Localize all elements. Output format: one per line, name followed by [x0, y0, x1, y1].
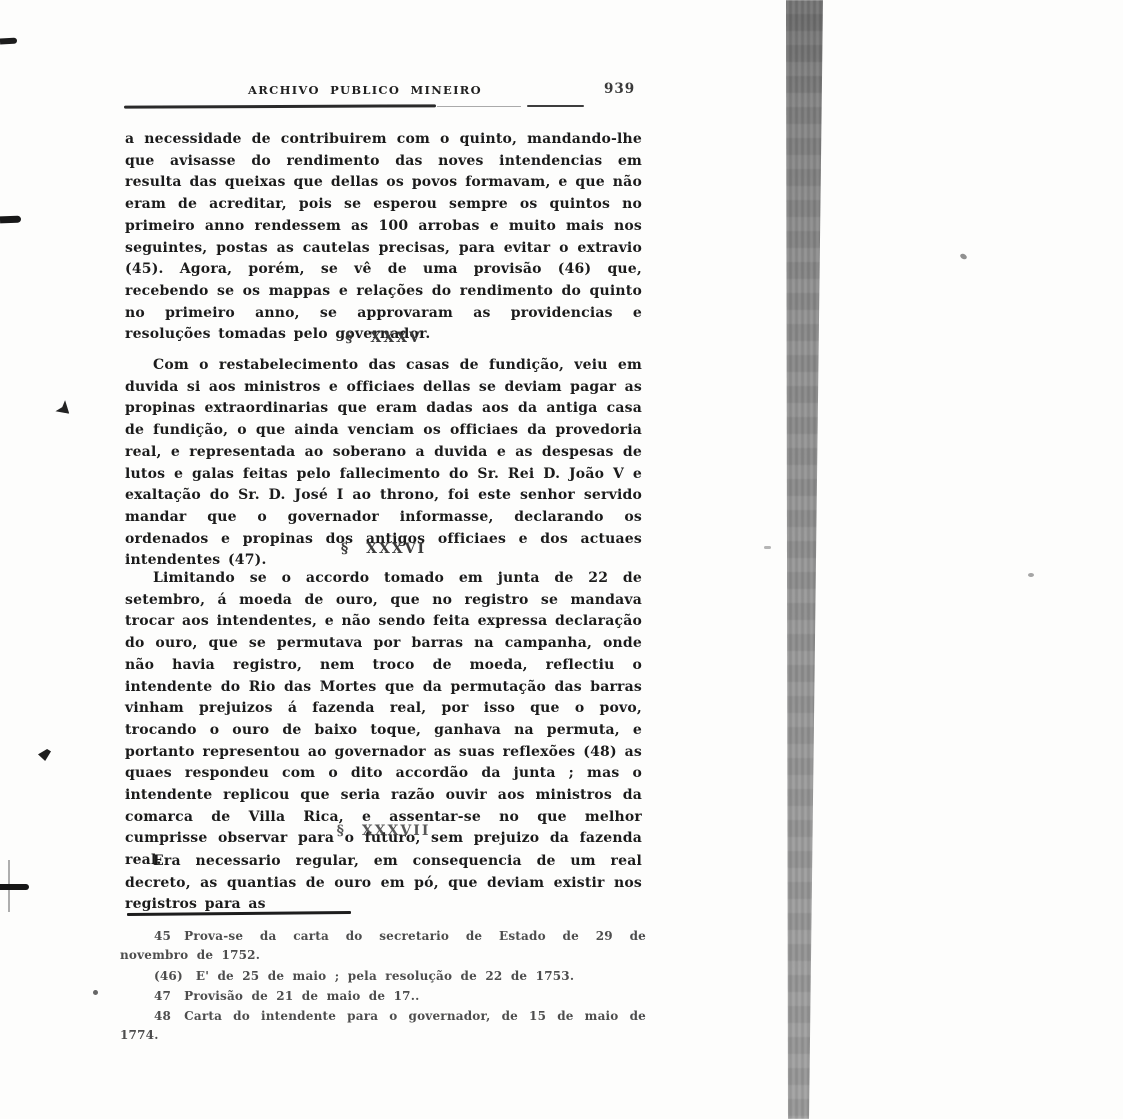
- running-header-title: ARCHIVO PUBLICO MINEIRO: [105, 83, 625, 97]
- footnote-46-text: E' de 25 de maio ; pela resolução de 22 …: [196, 969, 574, 983]
- footnote-48-marker: 48: [154, 1009, 171, 1023]
- header-rule-segment-right: [527, 105, 584, 107]
- body-paragraph-xxxv: Com o restabelecimento das casas de fund…: [125, 355, 642, 572]
- scanned-book-page: ARCHIVO PUBLICO MINEIRO 939 a necessidad…: [0, 0, 1123, 1119]
- footnote-46: (46)E' de 25 de maio ; pela resolução de…: [120, 967, 646, 986]
- footnote-45: 45Prova-se da carta do secretario de Est…: [120, 927, 646, 966]
- section-heading-xxxvii: § XXXVII: [125, 823, 642, 839]
- footnote-45-marker: 45: [154, 929, 171, 943]
- footnote-47: 47Provisão de 21 de maio de 17..: [120, 987, 646, 1006]
- ink-mark-left-top: [0, 38, 17, 45]
- body-paragraph-opening: a necessidade de contribuirem com o quin…: [125, 129, 642, 346]
- scan-speck-right-middle: [1028, 573, 1034, 577]
- footnotes-block: 45Prova-se da carta do secretario de Est…: [120, 927, 646, 1047]
- header-rule-segment-left: [124, 104, 436, 108]
- section-heading-xxxv: § XXXV: [125, 330, 642, 346]
- section-heading-xxxvi: § XXXVI: [125, 541, 642, 557]
- footnote-47-marker: 47: [154, 989, 171, 1003]
- header-rule-segment-faint: [437, 106, 521, 107]
- footnote-48: 48Carta do intendente para o governador,…: [120, 1007, 646, 1046]
- footnote-46-marker: (46): [154, 969, 183, 983]
- ink-cross-horizontal-dash: [0, 884, 29, 890]
- footnote-45-text: Prova-se da carta do secretario de Estad…: [120, 929, 646, 962]
- ink-blob-margin-lower: [38, 749, 51, 761]
- scan-speck-footnote-area: [93, 990, 98, 995]
- body-paragraph-xxxvii: Era necessario regular, em consequencia …: [125, 851, 642, 916]
- scan-speck-right-upper: [959, 253, 968, 261]
- ink-blob-margin-upper: [55, 399, 70, 413]
- ink-mark-left-middle: [0, 216, 21, 224]
- page-number: 939: [604, 81, 635, 97]
- footnote-48-text: Carta do intendente para o governador, d…: [120, 1009, 646, 1042]
- footnote-47-text: Provisão de 21 de maio de 17..: [184, 989, 419, 1003]
- scan-speck-near-band: [764, 546, 771, 549]
